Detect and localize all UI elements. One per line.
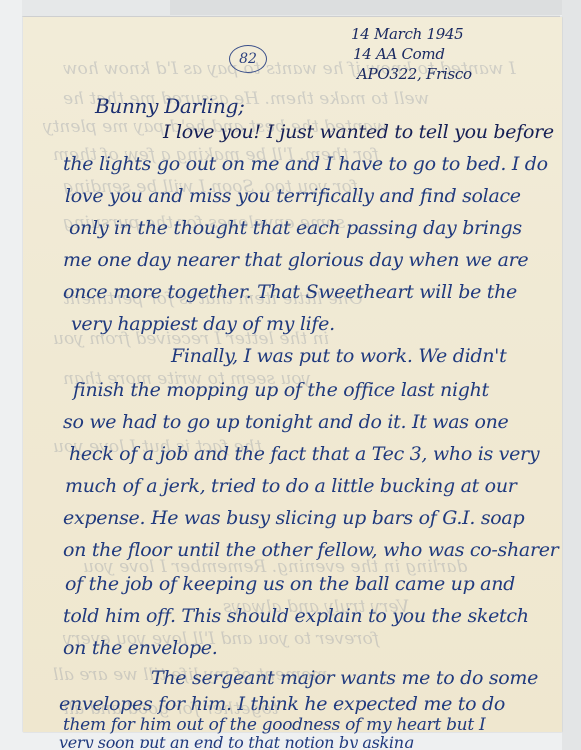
background-strip bbox=[562, 0, 581, 750]
letter-line: them for him out of the goodness of my h… bbox=[63, 715, 485, 735]
letter-line: heck of a job and the fact that a Tec 3,… bbox=[69, 443, 539, 465]
letter-line: on the envelope. bbox=[63, 637, 218, 659]
letter-line: the lights go out on me and I have to go… bbox=[63, 153, 548, 175]
letter-line: very happiest day of my life. bbox=[71, 313, 335, 335]
letter-line: expense. He was busy slicing up bars of … bbox=[63, 507, 524, 529]
letter-line: The sergeant major wants me to do some bbox=[151, 667, 538, 689]
letter-line: envelopes for him. I think he expected m… bbox=[59, 693, 505, 715]
letter-line: finish the mopping up of the office last… bbox=[73, 379, 489, 401]
letter-line: very soon put an end to that notion by a… bbox=[59, 733, 414, 750]
letter-line: only in the thought that each passing da… bbox=[69, 217, 522, 239]
letter-line: much of a jerk, tried to do a little buc… bbox=[65, 475, 517, 497]
letter-page: I wanted to know if he wants to pay as I… bbox=[23, 17, 562, 732]
letter-date: 14 March 1945 bbox=[351, 25, 463, 43]
salutation: Bunny Darling; bbox=[95, 94, 245, 118]
letter-unit: 14 AA Comd bbox=[353, 45, 445, 63]
letter-line: me one day nearer that glorious day when… bbox=[63, 249, 528, 271]
letter-line: so we had to go up tonight and do it. It… bbox=[63, 411, 508, 433]
letter-line: love you and miss you terrifically and f… bbox=[65, 185, 521, 207]
background-sheet-shadow bbox=[170, 0, 562, 15]
letter-line: I love you! I just wanted to tell you be… bbox=[163, 121, 554, 143]
letter-address: APO322, Frisco bbox=[357, 65, 472, 83]
letter-line: of the job of keeping us on the ball cam… bbox=[65, 573, 515, 595]
letter-line: once more together. That Sweetheart will… bbox=[63, 281, 517, 303]
letter-line: Finally, I was put to work. We didn't bbox=[171, 345, 506, 367]
page-number-circle: 82 bbox=[229, 45, 267, 73]
letter-line: told him off. This should explain to you… bbox=[63, 605, 529, 627]
letter-line: on the floor until the other fellow, who… bbox=[63, 539, 558, 561]
